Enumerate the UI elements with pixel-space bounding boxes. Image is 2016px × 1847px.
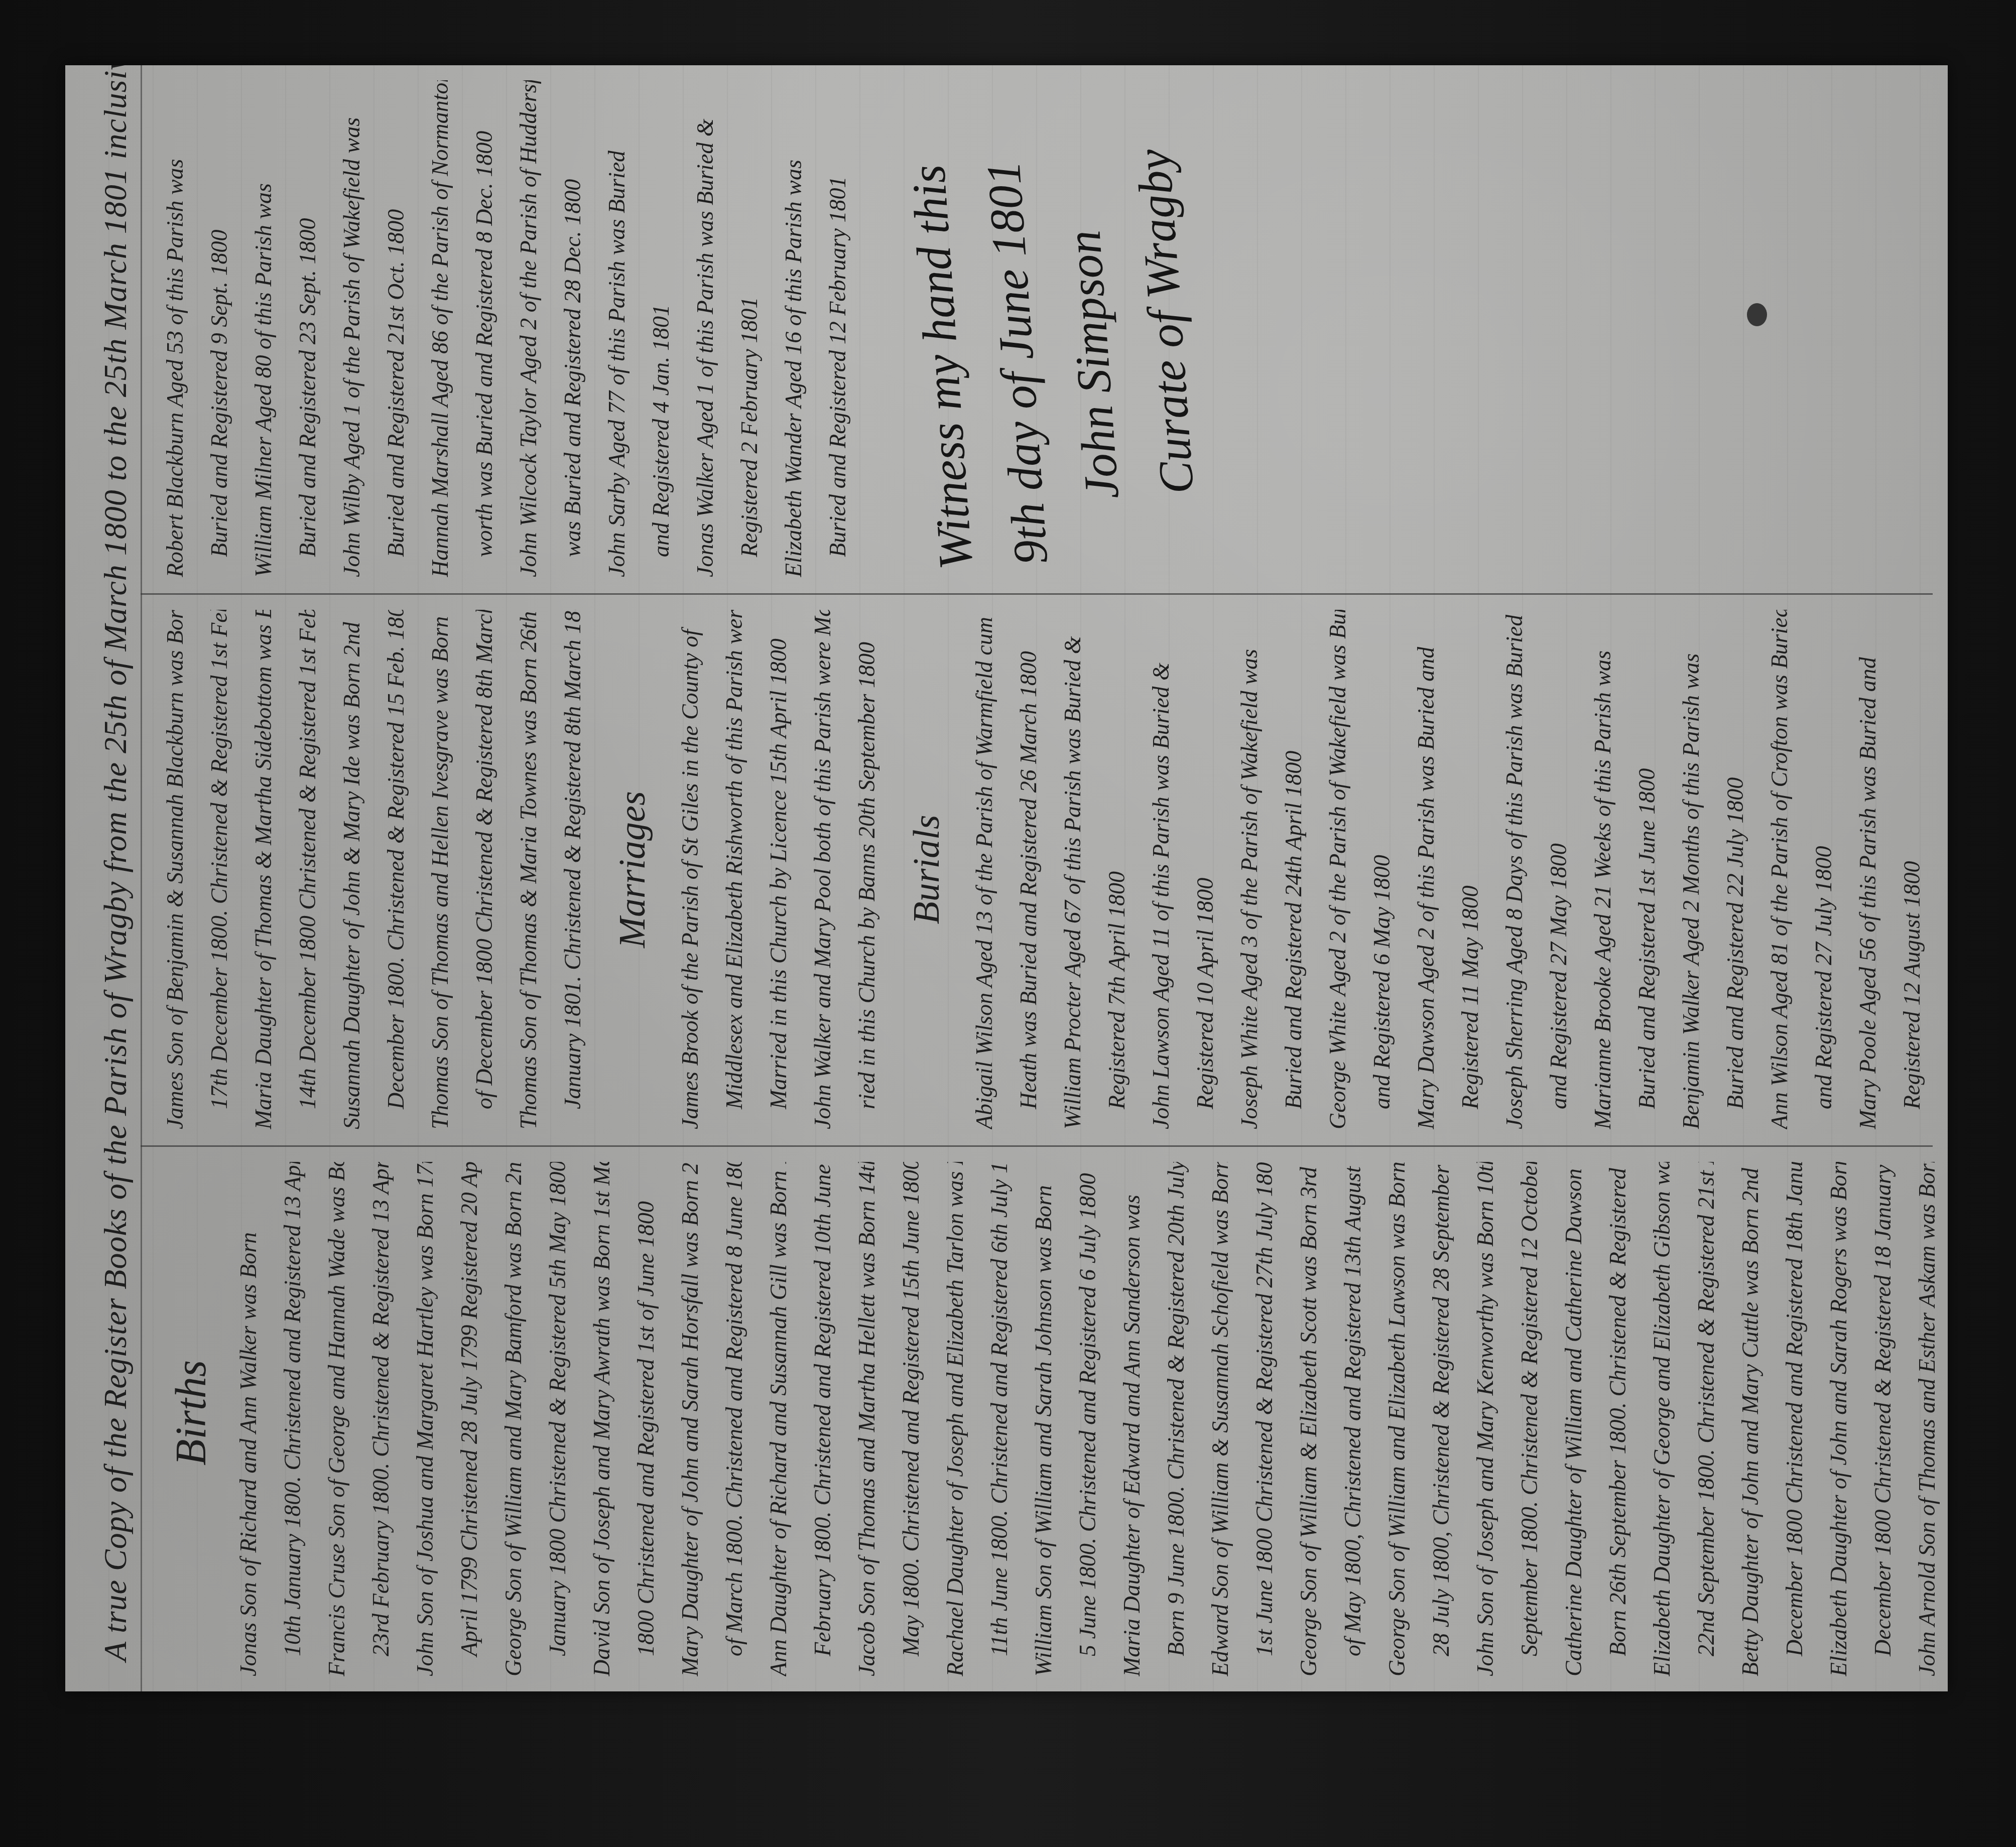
burial-entry-line: John Sarby Aged 77 of this Parish was Bu…: [595, 80, 639, 577]
birth-entry: Maria Daughter of Edward and Ann Sanders…: [1110, 1162, 1198, 1676]
birth-entry: Susannah Daughter of John & Mary Ide was…: [330, 610, 418, 1129]
burial-entry: Benjamin Walker Aged 2 Months of this Pa…: [1669, 610, 1757, 1129]
birth-entry: Thomas Son of Thomas and Hellen Ivesgrav…: [418, 610, 507, 1129]
burial-entry-line: Registered 12 August 1800: [1890, 610, 1934, 1129]
burial-entry-line: Robert Blackburn Aged 53 of this Parish …: [153, 80, 197, 577]
birth-entry-line: December 1800 Christened & Registered 18…: [1861, 1162, 1905, 1676]
burial-entry: Ann Wilson Aged 81 of the Parish of Crof…: [1757, 610, 1846, 1129]
birth-entry-line: Ann Daughter of Richard and Susannah Gil…: [757, 1162, 801, 1676]
burials-heading: Burials: [894, 610, 959, 1129]
burial-entry: Jonas Walker Aged 1 of this Parish was B…: [683, 80, 772, 577]
birth-entry-line: 23rd February 1800. Christened & Registe…: [359, 1162, 403, 1676]
birth-entry: William Son of William and Sarah Johnson…: [1022, 1162, 1110, 1676]
burial-entry-line: William Milner Aged 80 of this Parish wa…: [241, 80, 286, 577]
burial-entry: Joseph White Aged 3 of the Parish of Wak…: [1227, 610, 1316, 1129]
burial-entry: Robert Blackburn Aged 53 of this Parish …: [153, 80, 241, 577]
birth-entry-line: Edward Son of William & Susannah Schofie…: [1198, 1162, 1242, 1676]
birth-entry: Maria Daughter of Thomas & Martha Sidebo…: [241, 610, 330, 1129]
burial-entry-line: Buried and Registered 12 February 1801: [816, 80, 860, 577]
births-heading: Births: [158, 1162, 223, 1676]
burial-entry: William Milner Aged 80 of this Parish wa…: [241, 80, 330, 577]
birth-entry: Elizabeth Daughter of John and Sarah Rog…: [1817, 1162, 1905, 1676]
burials-continued-list: Robert Blackburn Aged 53 of this Parish …: [153, 80, 860, 577]
burial-entry: Abigail Wilson Aged 13 of the Parish of …: [962, 610, 1051, 1129]
burial-entry-line: Mary Dawson Aged 2 of this Parish was Bu…: [1404, 610, 1448, 1129]
burial-entry-line: Buried and Registered 9 Sept. 1800: [197, 80, 241, 577]
burial-entry-line: Registered 10 April 1800: [1183, 610, 1227, 1129]
burial-entry-line: Registered 11 May 1800: [1448, 610, 1492, 1129]
burial-entry-line: Marianne Brooke Aged 21 Weeks of this Pa…: [1581, 610, 1625, 1129]
birth-entry-line: 1800 Christened and Registered 1st of Ju…: [624, 1162, 668, 1676]
birth-entry-line: February 1800. Christened and Registered…: [801, 1162, 845, 1676]
birth-entry-line: Francis Cruse Son of George and Hannah W…: [315, 1162, 359, 1676]
birth-entry-line: Thomas Son of Thomas and Hellen Ivesgrav…: [418, 610, 462, 1129]
burial-entry-line: and Registered 6 May 1800: [1360, 610, 1404, 1129]
marriage-entry-line: Middlesex and Elizabeth Rishworth of thi…: [712, 610, 757, 1129]
burial-entry: Mary Poole Aged 56 of this Parish was Bu…: [1846, 610, 1934, 1129]
title-divider: [141, 65, 142, 1691]
birth-entry-line: 10th January 1800. Christened and Regist…: [271, 1162, 315, 1676]
birth-entry-line: William Son of William and Sarah Johnson…: [1022, 1162, 1066, 1676]
burial-entry: John Wilby Aged 1 of the Parish of Wakef…: [330, 80, 418, 577]
birth-entry-line: George Son of William and Mary Bamford w…: [491, 1162, 536, 1676]
marriage-entry-line: ried in this Church by Banns 20th Septem…: [845, 610, 889, 1129]
birth-entry: James Son of Benjamin & Susannah Blackbu…: [153, 610, 241, 1129]
marriage-entry-line: James Brook of the Parish of St Giles in…: [668, 610, 712, 1129]
birth-entry-line: May 1800. Christened and Registered 15th…: [889, 1162, 933, 1676]
burial-entry-line: and Registered 27 May 1800: [1537, 610, 1581, 1129]
marriages-heading: Marriages: [600, 610, 665, 1129]
birth-entry: Catherine Daughter of William and Cather…: [1552, 1162, 1640, 1676]
birth-entry-line: Born 26th September 1800. Christened & R…: [1596, 1162, 1640, 1676]
burial-entry-line: Hannah Marshall Aged 86 of the Parish of…: [418, 80, 462, 577]
rotated-page: A true Copy of the Register Books of the…: [65, 65, 1948, 1691]
birth-entry-line: 11th June 1800. Christened and Registere…: [977, 1162, 1022, 1676]
marriage-entry-line: Married in this Church by Licence 15th A…: [757, 610, 801, 1129]
burial-entry-line: Buried and Registered 21st Oct. 1800: [374, 80, 418, 577]
birth-entry-line: January 1800 Christened & Registered 5th…: [536, 1162, 580, 1676]
birth-entry-line: of May 1800, Christened and Registered 1…: [1331, 1162, 1375, 1676]
birth-entry-line: of March 1800. Christened and Registered…: [712, 1162, 757, 1676]
burial-entry-line: and Registered 27 July 1800: [1802, 610, 1846, 1129]
birth-entry: Mary Daughter of John and Sarah Horsfall…: [668, 1162, 757, 1676]
burial-entry-line: George White Aged 2 of the Parish of Wak…: [1316, 610, 1360, 1129]
birth-entry-line: 5 June 1800. Christened and Registered 6…: [1066, 1162, 1110, 1676]
birth-entry: John Son of Joshua and Margaret Hartley …: [403, 1162, 491, 1676]
birth-entry-line: Elizabeth Daughter of John and Sarah Rog…: [1817, 1162, 1861, 1676]
burial-entry-line: and Registered 4 Jan. 1801: [639, 80, 683, 577]
burials-list: Abigail Wilson Aged 13 of the Parish of …: [962, 610, 1934, 1129]
ink-blot: [1747, 303, 1767, 326]
burial-entry-line: Abigail Wilson Aged 13 of the Parish of …: [962, 610, 1006, 1129]
birth-entry: Rachael Daughter of Joseph and Elizabeth…: [933, 1162, 1022, 1676]
birth-entry: George Son of William and Elizabeth Laws…: [1375, 1162, 1463, 1676]
burial-entry-line: Heath was Buried and Registered 26 March…: [1006, 610, 1051, 1129]
birth-entry-line: 22nd September 1800. Christened & Regist…: [1684, 1162, 1728, 1676]
birth-entry-line: of December 1800 Christened & Registered…: [462, 610, 507, 1129]
burial-entry-line: William Procter Aged 67 of this Parish w…: [1051, 610, 1095, 1129]
birth-entry: Elizabeth Daughter of George and Elizabe…: [1640, 1162, 1728, 1676]
birth-entry-line: Jonas Son of Richard and Ann Walker was …: [226, 1162, 271, 1676]
burial-entry: William Procter Aged 67 of this Parish w…: [1051, 610, 1139, 1129]
burial-entry-line: Ann Wilson Aged 81 of the Parish of Crof…: [1757, 610, 1802, 1129]
birth-entry-line: John Son of Joseph and Mary Kenworthy wa…: [1463, 1162, 1507, 1676]
birth-entry: Jonas Son of Richard and Ann Walker was …: [226, 1162, 315, 1676]
birth-entry: George Son of William & Elizabeth Scott …: [1287, 1162, 1375, 1676]
birth-entry-line: 1st June 1800 Christened & Registered 27…: [1242, 1162, 1287, 1676]
burial-entry: Elizabeth Wander Aged 16 of this Parish …: [772, 80, 860, 577]
birth-entry-line: 14th December 1800 Christened & Register…: [286, 610, 330, 1129]
birth-entry-line: Rachael Daughter of Joseph and Elizabeth…: [933, 1162, 977, 1676]
marriages-list: James Brook of the Parish of St Giles in…: [668, 610, 889, 1129]
birth-entry: Ann Daughter of Richard and Susannah Gil…: [757, 1162, 845, 1676]
document-title: A true Copy of the Register Books of the…: [85, 65, 146, 1661]
burial-entry-line: Buried and Registered 1st June 1800: [1625, 610, 1669, 1129]
birth-entry-line: Betty Daughter of John and Mary Cuttle w…: [1728, 1162, 1773, 1676]
birth-entry-line: Susannah Daughter of John & Mary Ide was…: [330, 610, 374, 1129]
burial-entry-line: Benjamin Walker Aged 2 Months of this Pa…: [1669, 610, 1713, 1129]
birth-entry: Edward Son of William & Susannah Schofie…: [1198, 1162, 1287, 1676]
birth-entry: Betty Daughter of John and Mary Cuttle w…: [1728, 1162, 1817, 1676]
burial-entry-line: Buried and Registered 24th April 1800: [1272, 610, 1316, 1129]
birth-entry-line: Thomas Son of Thomas & Maria Townes was …: [507, 610, 551, 1129]
birth-entry: John Son of Joseph and Mary Kenworthy wa…: [1463, 1162, 1552, 1676]
burial-entry-line: John Lawson Aged 11 of this Parish was B…: [1139, 610, 1183, 1129]
burial-entry: Mary Dawson Aged 2 of this Parish was Bu…: [1404, 610, 1492, 1129]
burial-entry: Marianne Brooke Aged 21 Weeks of this Pa…: [1581, 610, 1669, 1129]
birth-entry-line: 28 July 1800, Christened & Registered 28…: [1419, 1162, 1463, 1676]
birth-entry-line: Mary Daughter of John and Sarah Horsfall…: [668, 1162, 712, 1676]
birth-entry-line: John Son of Joshua and Margaret Hartley …: [403, 1162, 447, 1676]
birth-entry-line: Maria Daughter of Edward and Ann Sanders…: [1110, 1162, 1154, 1676]
birth-entry-line: December 1800. Christened & Registered 1…: [374, 610, 418, 1129]
birth-entry-line: Elizabeth Daughter of George and Elizabe…: [1640, 1162, 1684, 1676]
burial-entry-line: Mary Poole Aged 56 of this Parish was Bu…: [1846, 610, 1890, 1129]
births-column: Births Jonas Son of Richard and Ann Walk…: [153, 1147, 1928, 1691]
burial-entry-line: John Wilcock Taylor Aged 2 of the Parish…: [507, 80, 551, 577]
marriage-entry: John Walker and Mary Pool both of this P…: [801, 610, 889, 1129]
burial-entry-line: Registered 2 February 1801: [727, 80, 772, 577]
marriage-entry-line: John Walker and Mary Pool both of this P…: [801, 610, 845, 1129]
burial-entry-line: Jonas Walker Aged 1 of this Parish was B…: [683, 80, 727, 577]
burial-entry-line: Joseph Sherring Aged 8 Days of this Pari…: [1492, 610, 1537, 1129]
birth-entry-line: George Son of William & Elizabeth Scott …: [1287, 1162, 1331, 1676]
burial-entry: George White Aged 2 of the Parish of Wak…: [1316, 610, 1404, 1129]
birth-entry-line: January 1801. Christened & Registered 8t…: [551, 610, 595, 1129]
birth-entry: George Son of William and Mary Bamford w…: [491, 1162, 580, 1676]
birth-entry-line: Maria Daughter of Thomas & Martha Sidebo…: [241, 610, 286, 1129]
birth-entry-line: David Son of Joseph and Mary Awrath was …: [580, 1162, 624, 1676]
burial-entry: John Wilcock Taylor Aged 2 of the Parish…: [507, 80, 595, 577]
birth-entry: Jacob Son of Thomas and Martha Hellett w…: [845, 1162, 933, 1676]
birth-entry: Thomas Son of Thomas & Maria Townes was …: [507, 610, 595, 1129]
attestation-block: Witness my hand this 9th day of June 180…: [891, 147, 1219, 572]
burial-entry-line: Registered 7th April 1800: [1095, 610, 1139, 1129]
birth-entry-line: 17th December 1800. Christened & Registe…: [197, 610, 241, 1129]
burial-entry: Joseph Sherring Aged 8 Days of this Pari…: [1492, 610, 1581, 1129]
birth-entry-line: John Arnold Son of Thomas and Esther Ask…: [1905, 1162, 1948, 1676]
birth-entry-line: Jacob Son of Thomas and Martha Hellett w…: [845, 1162, 889, 1676]
burial-entry: Hannah Marshall Aged 86 of the Parish of…: [418, 80, 507, 577]
birth-entry-line: George Son of William and Elizabeth Laws…: [1375, 1162, 1419, 1676]
birth-entry-line: Born 9 June 1800. Christened & Registere…: [1154, 1162, 1198, 1676]
birth-entry-line: James Son of Benjamin & Susannah Blackbu…: [153, 610, 197, 1129]
burial-entry-line: Elizabeth Wander Aged 16 of this Parish …: [772, 80, 816, 577]
birth-entry-line: September 1800. Christened & Registered …: [1507, 1162, 1552, 1676]
middle-column: James Son of Benjamin & Susannah Blackbu…: [153, 595, 1928, 1144]
burial-entry-line: worth was Buried and Registered 8 Dec. 1…: [462, 80, 507, 577]
births-continued-list: James Son of Benjamin & Susannah Blackbu…: [153, 610, 595, 1129]
burial-entry-line: was Buried and Registered 28 Dec. 1800: [551, 80, 595, 577]
burial-entry-line: Buried and Registered 22 July 1800: [1713, 610, 1757, 1129]
birth-entry-line: Catherine Daughter of William and Cather…: [1552, 1162, 1596, 1676]
births-list: Jonas Son of Richard and Ann Walker was …: [226, 1162, 1948, 1676]
register-sheet: A true Copy of the Register Books of the…: [65, 65, 1948, 1691]
birth-entry: John Arnold Son of Thomas and Esther Ask…: [1905, 1162, 1948, 1676]
birth-entry: Francis Cruse Son of George and Hannah W…: [315, 1162, 403, 1676]
birth-entry-line: April 1799 Christened 28 July 1799 Regis…: [447, 1162, 491, 1676]
burial-entry: John Sarby Aged 77 of this Parish was Bu…: [595, 80, 683, 577]
marriage-entry: James Brook of the Parish of St Giles in…: [668, 610, 801, 1129]
burial-entry-line: Joseph White Aged 3 of the Parish of Wak…: [1227, 610, 1272, 1129]
burial-entry: John Lawson Aged 11 of this Parish was B…: [1139, 610, 1227, 1129]
birth-entry: David Son of Joseph and Mary Awrath was …: [580, 1162, 668, 1676]
birth-entry-line: December 1800 Christened and Registered …: [1773, 1162, 1817, 1676]
burial-entry-line: John Wilby Aged 1 of the Parish of Wakef…: [330, 80, 374, 577]
burial-entry-line: Buried and Registered 23 Sept. 1800: [286, 80, 330, 577]
